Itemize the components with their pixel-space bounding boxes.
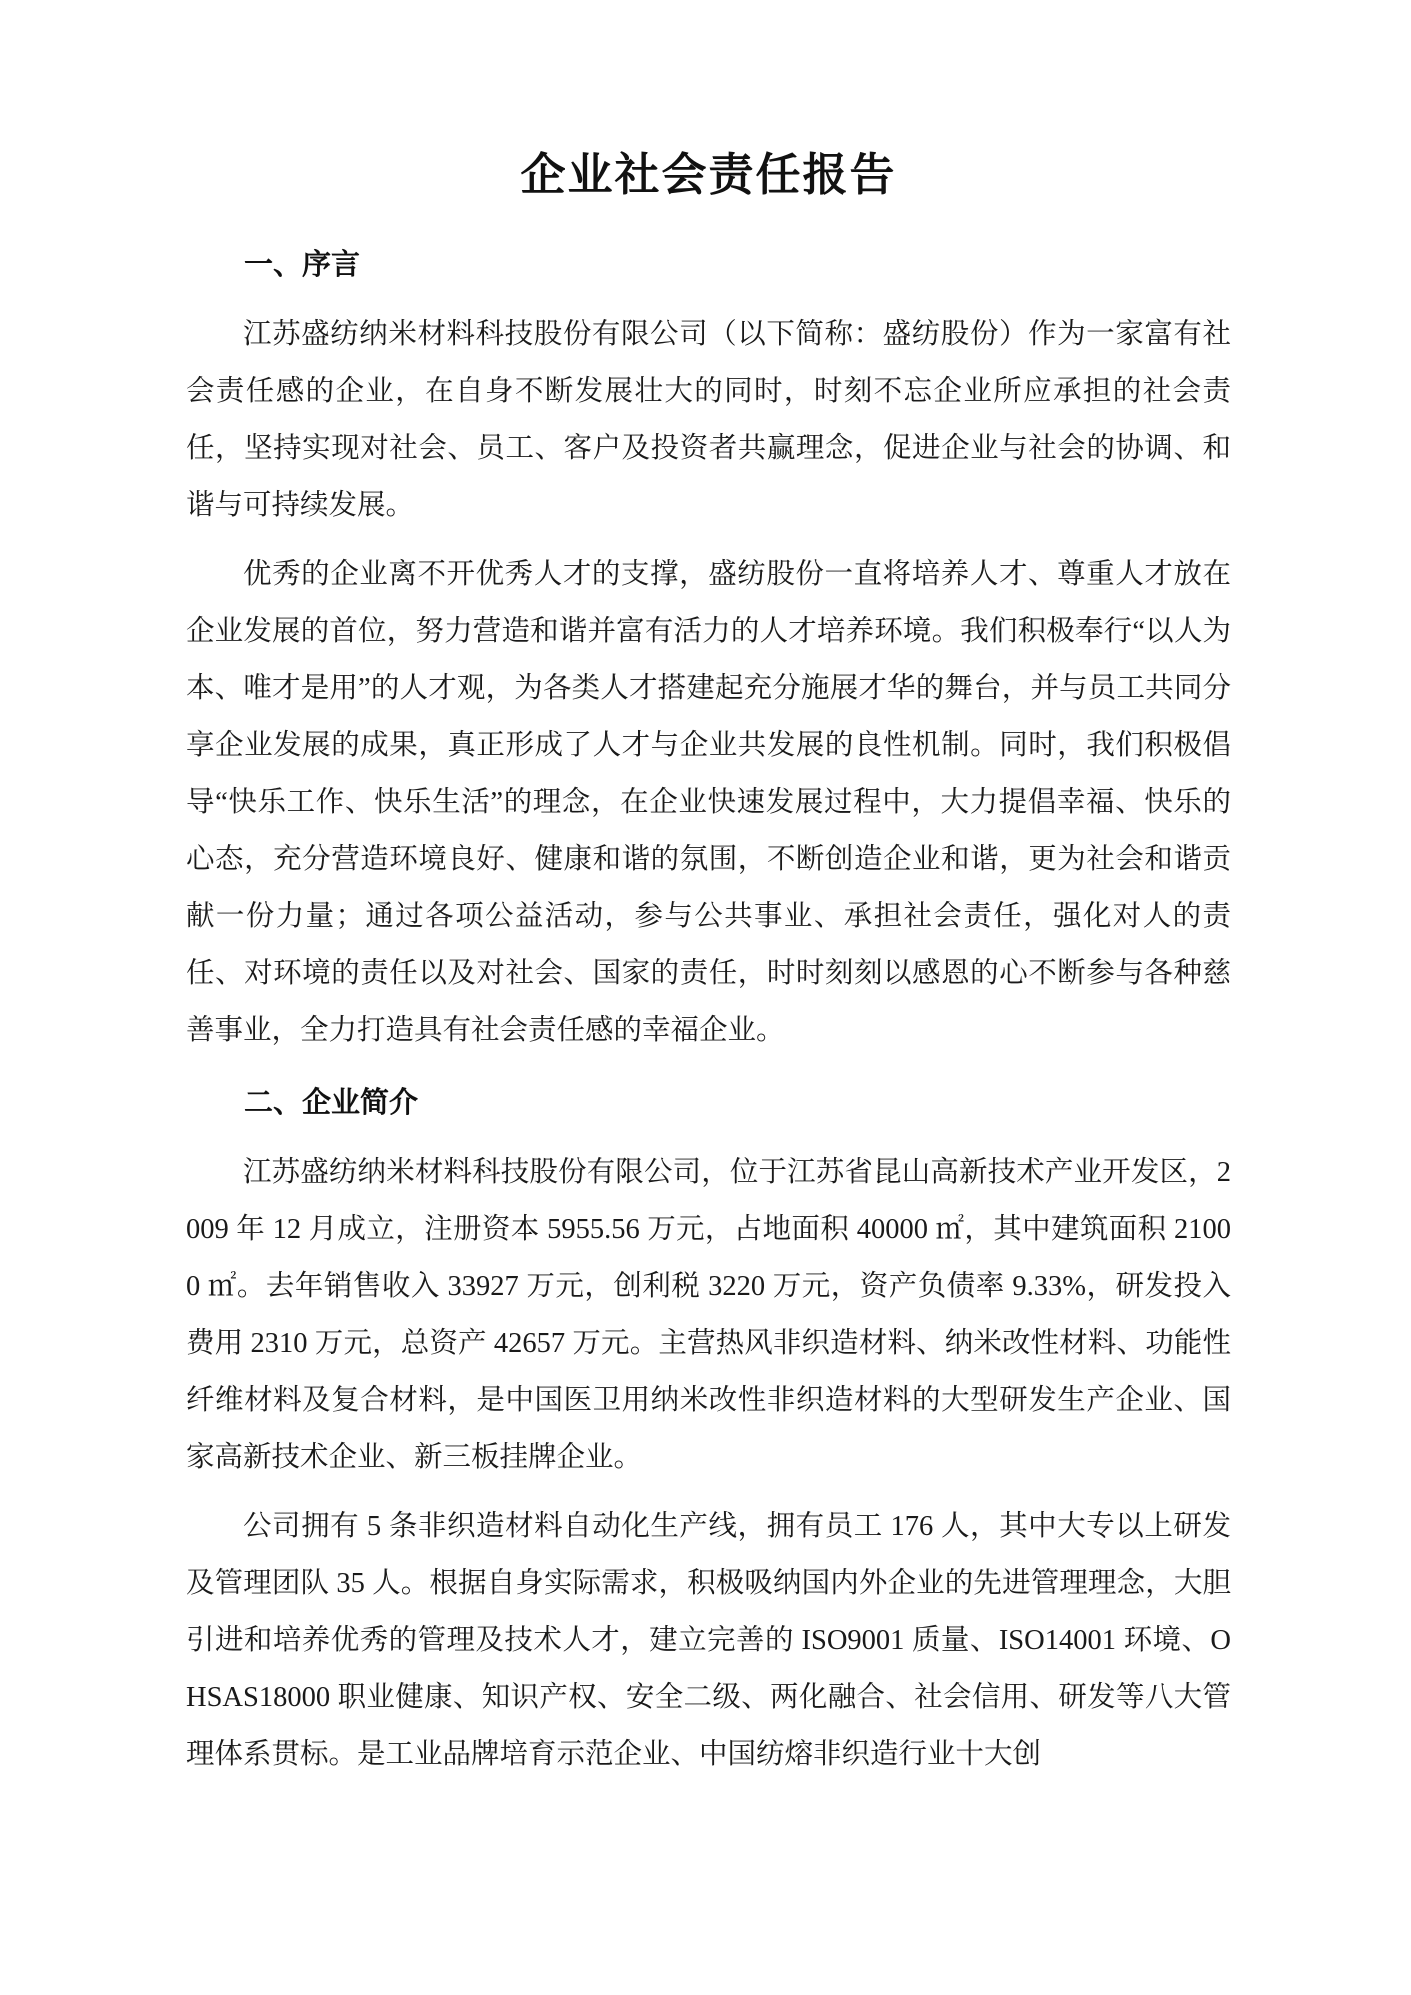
preface-paragraph-2: 优秀的企业离不开优秀人才的支撑，盛纺股份一直将培养人才、尊重人才放在企业发展的首… — [186, 546, 1231, 1059]
company-profile-paragraph-1: 江苏盛纺纳米材料科技股份有限公司，位于江苏省昆山高新技术产业开发区，2009 年… — [186, 1144, 1231, 1486]
document-title: 企业社会责任报告 — [186, 146, 1231, 205]
preface-paragraph-1: 江苏盛纺纳米材料科技股份有限公司（以下简称：盛纺股份）作为一家富有社会责任感的企… — [186, 306, 1231, 534]
document-page: 企业社会责任报告 一、序言 江苏盛纺纳米材料科技股份有限公司（以下简称：盛纺股份… — [0, 0, 1411, 1995]
company-profile-paragraph-2: 公司拥有 5 条非织造材料自动化生产线，拥有员工 176 人，其中大专以上研发及… — [186, 1498, 1231, 1783]
section-heading-company-profile: 二、企业简介 — [186, 1075, 1231, 1132]
section-heading-preface: 一、序言 — [186, 237, 1231, 294]
